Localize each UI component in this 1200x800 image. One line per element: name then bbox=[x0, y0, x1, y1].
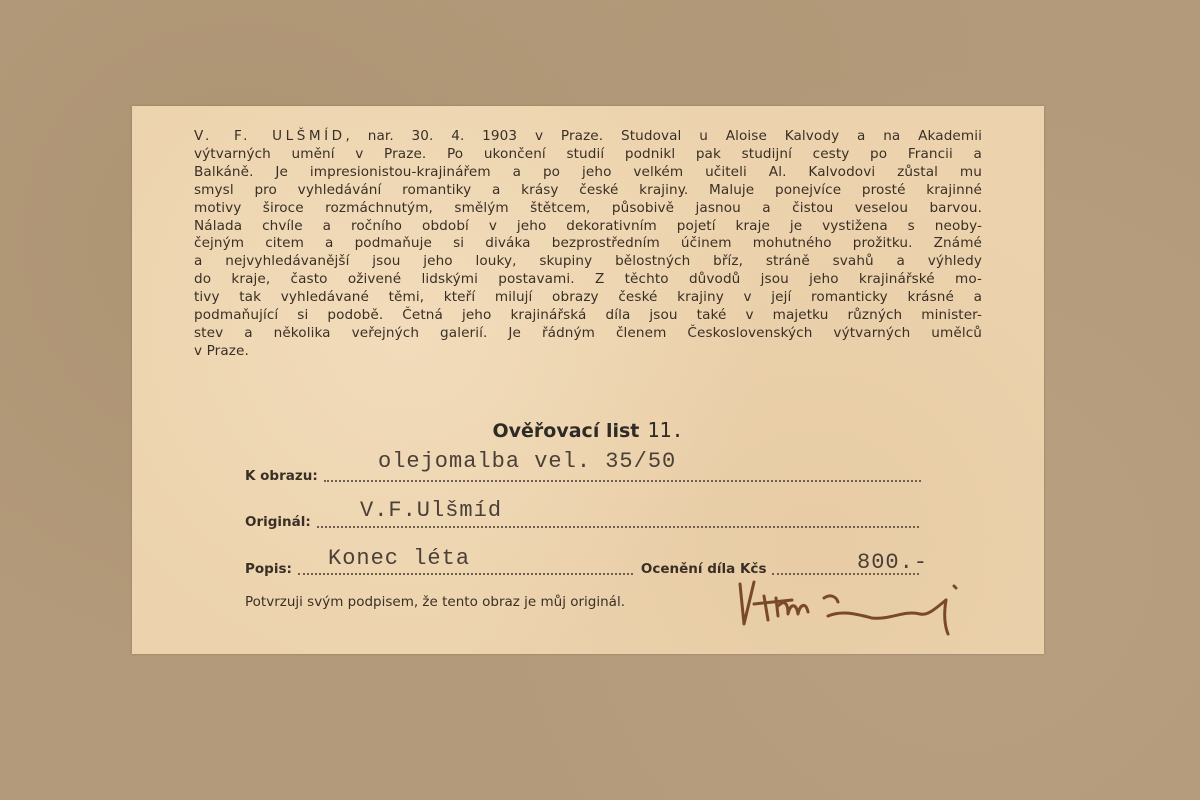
bio-line: Balkáně. Je impresionistou-krajinářem a … bbox=[194, 164, 982, 182]
field-value-k-obrazu: olejomalba vel. 35/50 bbox=[378, 449, 676, 474]
artist-biography: V. F. ULŠMÍD, nar. 30. 4. 1903 v Praze. … bbox=[194, 128, 982, 361]
document-title: Ověřovací list11. bbox=[132, 418, 1044, 442]
field-value-original: V.F.Ulšmíd bbox=[360, 498, 502, 523]
dotted-line bbox=[324, 479, 921, 482]
bio-line: podmaňující si podobě. Četná jeho krajin… bbox=[194, 307, 982, 325]
certificate-card: V. F. ULŠMÍD, nar. 30. 4. 1903 v Praze. … bbox=[132, 106, 1044, 654]
field-value-popis: Konec léta bbox=[328, 546, 470, 571]
bio-line: Nálada chvíle a ročního období v jeho de… bbox=[194, 218, 982, 236]
bio-line: čejným citem a podmaňuje si diváka bezpr… bbox=[194, 235, 982, 253]
bio-line: výtvarných umění v Praze. Po ukončení st… bbox=[194, 146, 982, 164]
field-value-oceneni: 800.- bbox=[857, 550, 928, 575]
signature bbox=[732, 576, 972, 646]
bio-line: v Praze. bbox=[194, 343, 982, 361]
document-number: 11. bbox=[647, 418, 683, 442]
dotted-line bbox=[298, 572, 633, 575]
bio-line: tivy tak vyhledávané těmi, kteří milují … bbox=[194, 289, 982, 307]
confirmation-text: Potvrzuji svým podpisem, že tento obraz … bbox=[245, 594, 625, 610]
field-label: Popis: bbox=[245, 561, 292, 578]
bio-line: V. F. ULŠMÍD, nar. 30. 4. 1903 v Praze. … bbox=[194, 128, 982, 146]
bio-line: do kraje, často oživené lidskými postava… bbox=[194, 271, 982, 289]
dotted-line bbox=[317, 525, 919, 528]
field-label: K obrazu: bbox=[245, 468, 318, 485]
bio-line: a nejvyhledávanější jsou jeho louky, sku… bbox=[194, 253, 982, 271]
artist-name: V. F. ULŠMÍD bbox=[194, 128, 346, 144]
field-label: Originál: bbox=[245, 514, 311, 531]
bio-line: smysl pro vyhledávání romantiky a krásy … bbox=[194, 182, 982, 200]
bio-line: motivy široce rozmáchnutým, smělým štětc… bbox=[194, 200, 982, 218]
bio-line: stev a několika veřejných galerií. Je řá… bbox=[194, 325, 982, 343]
field-original: Originál: bbox=[245, 514, 919, 531]
